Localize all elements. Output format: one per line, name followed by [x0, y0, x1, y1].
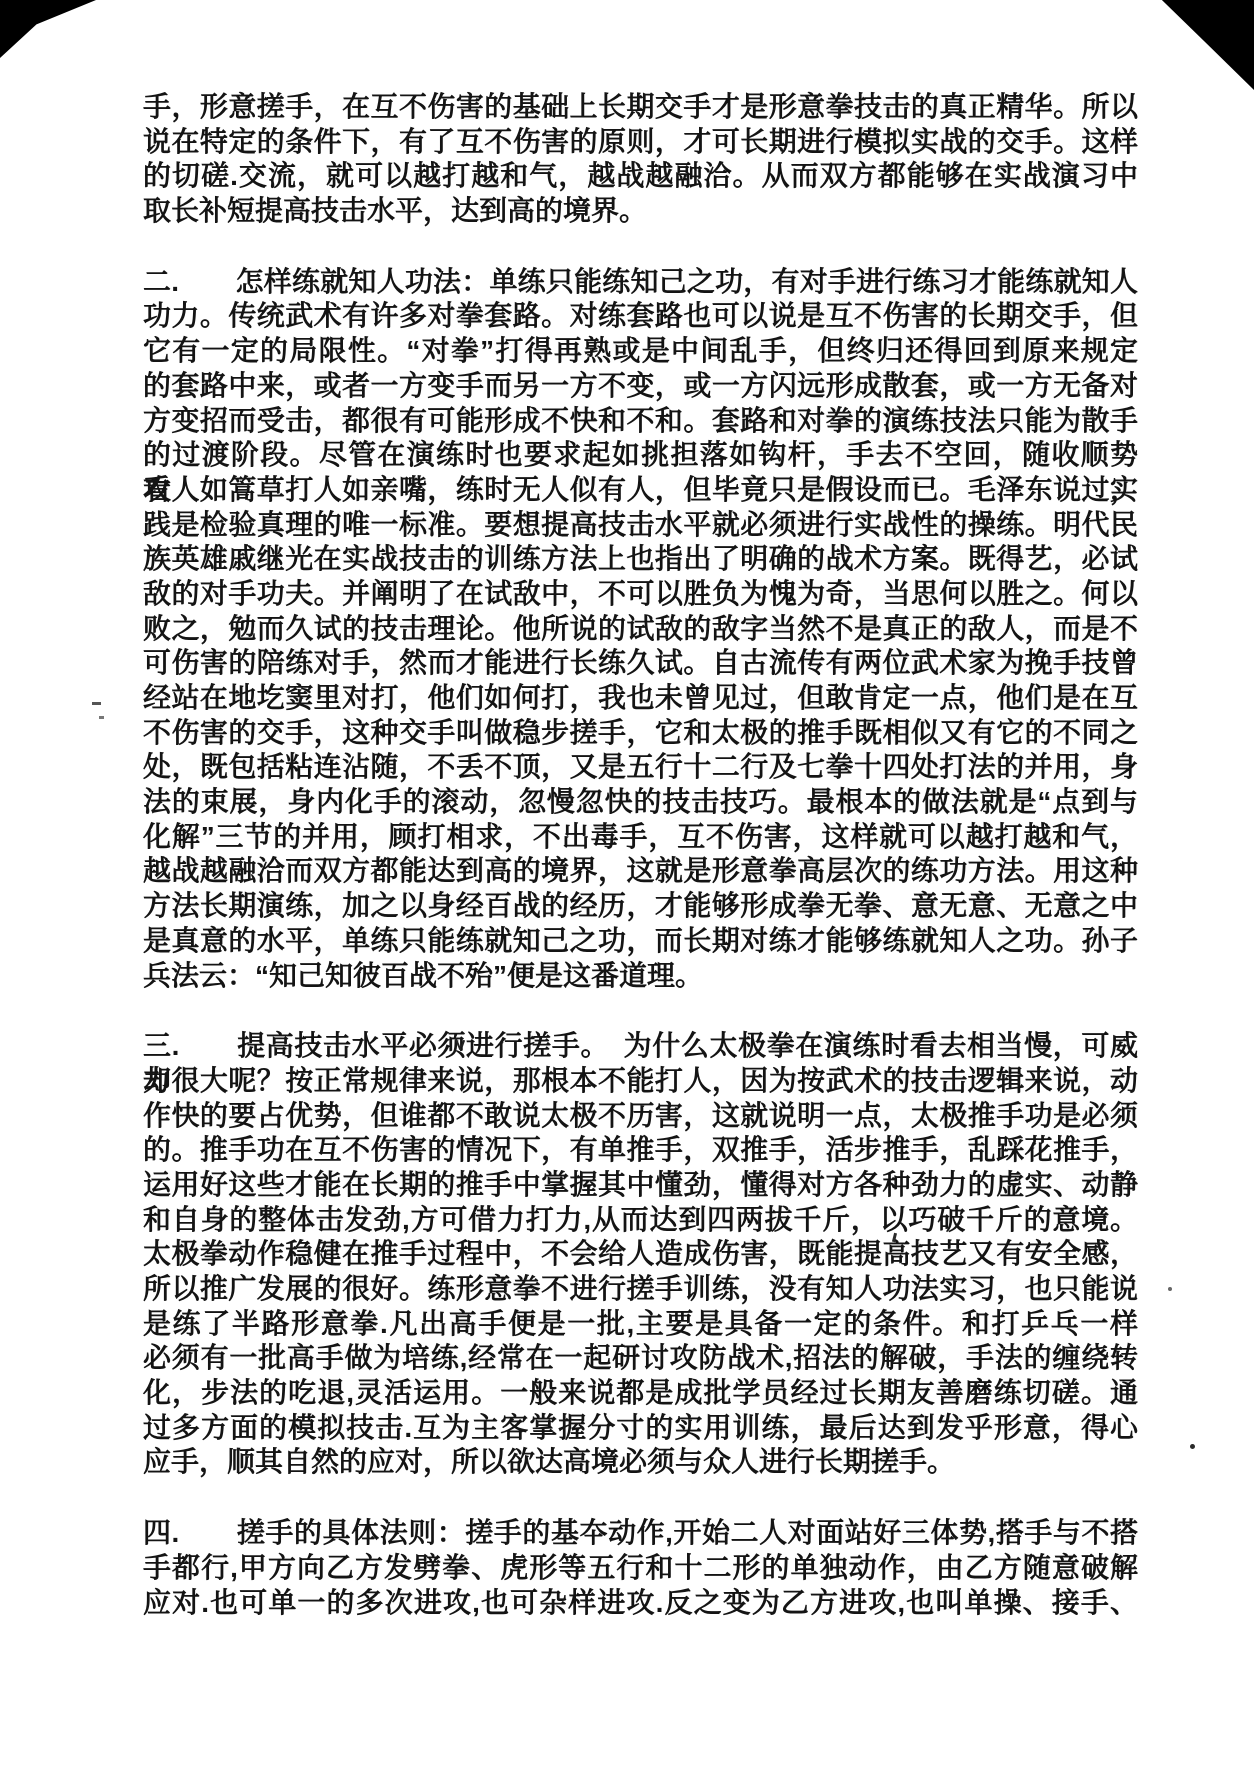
text-line: 败之，勉而久试的技击理论。他所说的试敌的敌字当然不是真正的敌人，而是不 [143, 612, 1138, 647]
text-line: 敌的对手功夫。并阐明了在试敌中，不可以胜负为愧为奇，当思何以胜之。何以 [143, 577, 1138, 612]
text-line: 它有一定的局限性。“对拳”打得再熟或是中间乱手，但终归还得回到原来规定 [143, 334, 1138, 369]
text-line: 越战越融洽而双方都能达到高的境界，这就是形意拳高层次的练功方法。用这种 [143, 854, 1138, 889]
text-line: 经站在地圪窦里对打，他们如何打，我也未曾见过，但敢肯定一点，他们是在互 [143, 681, 1138, 716]
text-line: 化解”三节的并用，顾打相求，不出毒手，互不伤害，这样就可以越打越和气， [143, 820, 1138, 855]
text-line: 化，步法的吃退,灵活运用。一般来说都是成批学员经过长期友善磨练切磋。通 [143, 1376, 1138, 1411]
paragraph-p2: 二. 怎样练就知人功法：单练只能练知己之功，有对手进行练习才能练就知人功力。传统… [143, 265, 1138, 993]
paragraph-p3: 三. 提高技击水平必须进行搓手。 为什么太极拳在演练时看去相当慢，可威力却很大呢… [143, 1029, 1138, 1480]
text-line: 是真意的水平，单练只能练就知己之功，而长期对练才能够练就知人之功。孙子 [143, 924, 1138, 959]
text-line: 太极拳动作稳健在推手过程中，不会给人造成伤害，既能提高技艺又有安全感， [143, 1237, 1138, 1272]
text-line: 方变招而受击，都很有可能形成不快和不和。套路和对拳的演练技法只能为散手 [143, 404, 1138, 439]
text-line: 过多方面的模拟技击.互为主客掌握分寸的实用训练，最后达到发乎形意，得心 [143, 1411, 1138, 1446]
scan-corner-top-right-smudge [1156, 0, 1254, 90]
text-line: 却很大呢？按正常规律来说，那根本不能打人，因为按武术的技击逻辑来说，动 [143, 1064, 1138, 1099]
text-line: 兵法云：“知己知彼百战不殆”便是这番道理。 [143, 959, 1138, 994]
text-line: 所以推广发展的很好。练形意拳不进行搓手训练，没有知人功法实习，也只能说 [143, 1272, 1138, 1307]
text-line: 四. 搓手的具体法则：搓手的基夲动作,开始二人对面站好三体势,搭手与不搭 [143, 1516, 1138, 1551]
text-block: 手，形意搓手，在互不伤害的基础上长期交手才是形意拳技击的真正精华。所以说在特定的… [143, 90, 1138, 1620]
text-line: 法的束展，身内化手的滚动，忽慢忽快的技击技巧。最根本的做法就是“点到与 [143, 785, 1138, 820]
text-line: 践是检验真理的唯一标准。要想提高技击水平就必须进行实战性的操练。明代民 [143, 508, 1138, 543]
text-line: 的。推手功在互不伤害的情况下，有单推手，双推手，活步推手，乱踩花推手， [143, 1133, 1138, 1168]
text-line: 族英雄戚继光在实战技击的训练方法上也指出了明确的战术方案。既得艺，必试 [143, 542, 1138, 577]
text-line: 三. 提高技击水平必须进行搓手。 为什么太极拳在演练时看去相当慢，可威力 [143, 1029, 1138, 1064]
text-line: 必须有一批高手做为培练,经常在一起研讨攻防战术,招法的解破，手法的缠绕转 [143, 1341, 1138, 1376]
scan-dash-left-margin [92, 702, 101, 705]
text-line: 处，既包括粘连沾随，不丢不顶，又是五行十二行及七拳十四处打法的并用，身 [143, 750, 1138, 785]
text-line: 的过渡阶段。尽管在演练时也要求起如挑担落如钩杆，手去不空回，随收顺势攻， [143, 438, 1138, 473]
scan-dash-left-margin [99, 716, 104, 719]
text-line: 运用好这些才能在长期的推手中掌握其中懂劲，懂得对方各种劲力的虚实、动静 [143, 1168, 1138, 1203]
text-line: 看人如篙草打人如亲嘴，练时无人似有人，但毕竟只是假设而已。毛泽东说过实 [143, 473, 1138, 508]
text-line: 的切磋.交流，就可以越打越和气，越战越融洽。从而双方都能够在实战演习中 [143, 159, 1138, 194]
text-line: 取长补短提高技击水平，达到高的境界。 [143, 194, 1138, 229]
text-line: 二. 怎样练就知人功法：单练只能练知己之功，有对手进行练习才能练就知人 [143, 265, 1138, 300]
text-line: 的套路中来，或者一方变手而另一方不变，或一方闪远形成散套，或一方无备对 [143, 369, 1138, 404]
scanned-document-page: 手，形意搓手，在互不伤害的基础上长期交手才是形意拳技击的真正精华。所以说在特定的… [0, 0, 1254, 1788]
paragraph-p4: 四. 搓手的具体法则：搓手的基夲动作,开始二人对面站好三体势,搭手与不搭手都行,… [143, 1516, 1138, 1620]
text-line: 是练了半路形意拳.凡出高手便是一批,主要是具备一定的条件。和打乒乓一样 [143, 1307, 1138, 1342]
text-line: 和自身的整体击发劲,方可借力打力,从而达到四两拔千斤，以巧破千斤的意境。 [143, 1203, 1138, 1238]
text-line: 不伤害的交手，这种交手叫做稳步搓手，它和太极的推手既相似又有它的不同之 [143, 716, 1138, 751]
scan-dot-right-margin [1190, 1444, 1195, 1449]
text-line: 方法长期演练，加之以身经百战的经历，才能够形成拳无拳、意无意、无意之中 [143, 889, 1138, 924]
paragraph-p1: 手，形意搓手，在互不伤害的基础上长期交手才是形意拳技击的真正精华。所以说在特定的… [143, 90, 1138, 229]
text-line: 手，形意搓手，在互不伤害的基础上长期交手才是形意拳技击的真正精华。所以 [143, 90, 1138, 125]
text-line: 说在特定的条件下，有了互不伤害的原则，才可长期进行模拟实战的交手。这样 [143, 125, 1138, 160]
text-line: 应对.也可单一的多次进攻,也可杂样进攻.反之变为乙方进攻,也叫单操、接手、 [143, 1586, 1138, 1621]
pen-tick-mark [455, 1036, 467, 1050]
scan-dot-mid-right [1168, 1287, 1172, 1291]
text-line: 功力。传统武术有许多对拳套路。对练套路也可以说是互不伤害的长期交手，但 [143, 299, 1138, 334]
scan-corner-top-left-smudge [0, 0, 96, 58]
text-line: 手都行,甲方向乙方发劈拳、虎形等五行和十二形的单独动作，由乙方随意破解 [143, 1551, 1138, 1586]
text-line: 可伤害的陪练对手，然而才能进行长练久试。自古流传有两位武术家为挽手技曾 [143, 646, 1138, 681]
text-line: 作快的要占优势，但谁都不敢说太极不历害，这就说明一点，太极推手功是必须 [143, 1099, 1138, 1134]
text-line: 应手，顺其自然的应对，所以欲达高境必须与众人进行长期搓手。 [143, 1445, 1138, 1480]
